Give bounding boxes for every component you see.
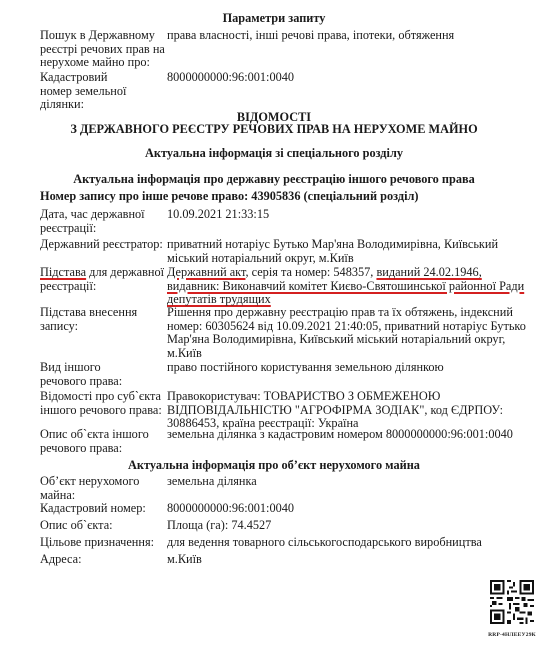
section-other-right-title: Актуальна інформація про державну реєстр… (0, 173, 548, 187)
field-label: Об’єкт нерухомого майна: (40, 475, 140, 502)
query-value: 8000000000:96:001:0040 (167, 71, 527, 85)
record-number: Номер запису про інше речове право: 4390… (40, 190, 540, 204)
document-title-line2: З ДЕРЖАВНОГО РЕЄСТРУ РЕЧОВИХ ПРАВ НА НЕР… (0, 123, 548, 137)
field-value: Площа (га): 74.4527 (167, 519, 527, 533)
qr-code-label: RRP-4НЛЕЕУ29К (480, 629, 544, 643)
field-value: Рішення про державну реєстрацію прав та … (167, 306, 527, 360)
qr-code-icon (490, 580, 534, 624)
field-label: Дата, час державної реєстрації: (40, 208, 150, 235)
field-value: м.Київ (167, 553, 527, 567)
highlighted-text: видавник: Виконавчий комітет Києво-Свято… (167, 279, 524, 293)
field-value: 10.09.2021 21:33:15 (167, 208, 527, 222)
field-value: Державний акт, серія та номер: 548357, в… (167, 266, 527, 307)
query-value: права власності, інші речові права, іпот… (167, 29, 527, 43)
field-value: земельна ділянка (167, 475, 527, 489)
field-label: Опис об`єкта іншого речового права: (40, 428, 150, 455)
field-value: приватний нотаріус Бутько Мар'яна Володи… (167, 238, 527, 265)
field-value: 8000000000:96:001:0040 (167, 502, 527, 516)
field-label: Вид іншого речового права: (40, 361, 150, 388)
field-label: Підстава для державної реєстрації: (40, 266, 165, 293)
query-params-title: Параметри запиту (0, 12, 548, 26)
section-special-title: Актуальна інформація зі спеціального роз… (0, 147, 548, 161)
field-label: Опис об`єкта: (40, 519, 165, 533)
field-label: Кадастровий номер: (40, 502, 165, 516)
section-property-title: Актуальна інформація про об’єкт нерухомо… (0, 459, 548, 473)
field-label: Відомості про суб`єкта іншого речового п… (40, 390, 165, 417)
field-label: Підстава внесення запису: (40, 306, 140, 333)
field-value: земельна ділянка з кадастровим номером 8… (167, 428, 527, 442)
highlighted-text: Державний акт (167, 265, 245, 279)
field-label: Цільове призначення: (40, 536, 165, 550)
field-label: Адреса: (40, 553, 165, 567)
field-value: для ведення товарного сільськогосподарсь… (167, 536, 527, 550)
field-value: право постійного користування земельною … (167, 361, 527, 375)
value-text: , серія та номер: 548357, (245, 265, 376, 279)
field-value: Правокористувач: ТОВАРИСТВО З ОБМЕЖЕНОЮ … (167, 390, 527, 431)
highlighted-text: Підстава (40, 265, 86, 279)
query-label: Кадастровий номер земельної ділянки: (40, 71, 140, 112)
field-label: Державний реєстратор: (40, 238, 165, 252)
highlighted-text: виданий 24.02.1946, (376, 265, 481, 279)
query-label: Пошук в Державному реєстрі речових прав … (40, 29, 165, 70)
